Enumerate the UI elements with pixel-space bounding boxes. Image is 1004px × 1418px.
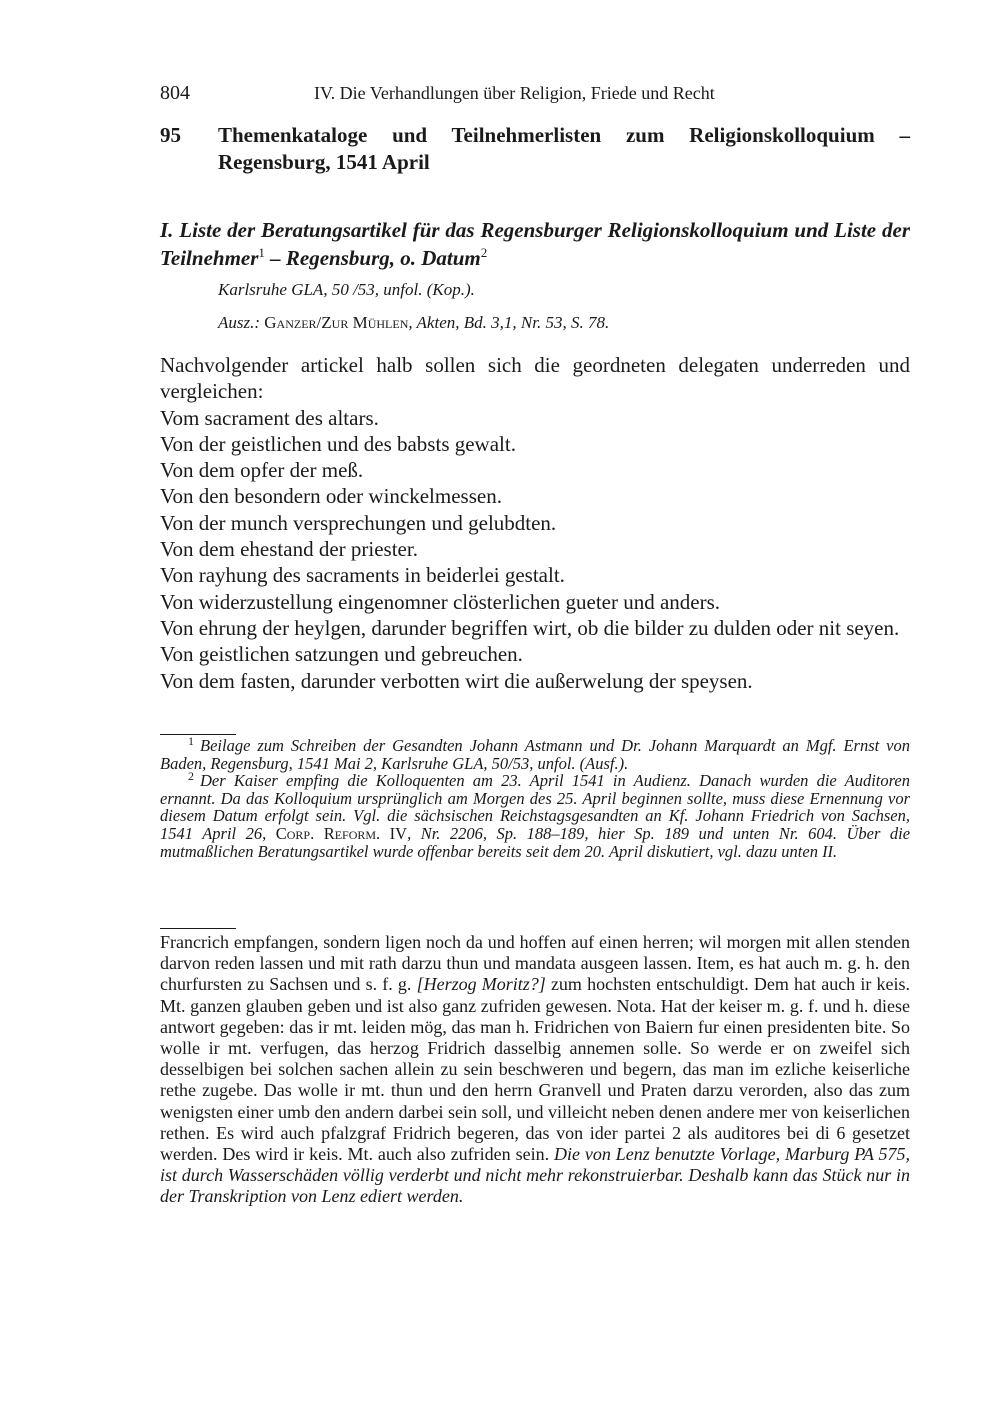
footnote-number: 1 bbox=[188, 734, 194, 748]
article-item: Von widerzustellung eingenomner clösterl… bbox=[160, 589, 910, 615]
main-text: Nachvolgender artickel halb sollen sich … bbox=[160, 352, 910, 694]
article-item: Von den besondern oder winckelmessen. bbox=[160, 483, 910, 509]
article-item: Vom sacrament des altars. bbox=[160, 405, 910, 431]
running-head: 804 IV. Die Verhandlungen über Religion,… bbox=[160, 80, 910, 106]
document-number: 95 bbox=[160, 122, 181, 149]
page-number: 804 bbox=[160, 80, 190, 106]
article-item: Von der munch versprechungen und gelubdt… bbox=[160, 510, 910, 536]
section-heading-place-date: – Regensburg, o. Datum bbox=[265, 246, 481, 270]
document-title: Themenkataloge und Teilnehmerlisten zum … bbox=[218, 122, 910, 176]
continuation-text: Francrich empfangen, sondern ligen noch … bbox=[160, 932, 910, 1208]
excerpt-prefix: Ausz.: bbox=[218, 313, 264, 332]
article-item: Von geistlichen satzungen und gebreuchen… bbox=[160, 641, 910, 667]
footnote-1: 1Beilage zum Schreiben der Gesandten Joh… bbox=[160, 737, 910, 772]
article-item: Von dem opfer der meß. bbox=[160, 457, 910, 483]
footnote-ref-2[interactable]: 2 bbox=[481, 245, 488, 260]
article-item: Von dem fasten, darunder verbotten wirt … bbox=[160, 668, 910, 694]
excerpt-authors: Ganzer/Zur Mühlen bbox=[264, 313, 408, 332]
article-item: Von ehrung der heylgen, darunder begriff… bbox=[160, 615, 910, 641]
footnote-text: Beilage zum Schreiben der Gesandten Joha… bbox=[160, 736, 910, 773]
article-item: Von rayhung des sacraments in beiderlei … bbox=[160, 562, 910, 588]
footnote-number: 2 bbox=[188, 769, 194, 783]
section-heading: I. Liste der Beratungsartikel für das Re… bbox=[160, 216, 910, 272]
footnote-2: 2Der Kaiser empfing die Kolloquenten am … bbox=[160, 772, 910, 860]
excerpt-reference: Ausz.: Ganzer/Zur Mühlen, Akten, Bd. 3,1… bbox=[218, 311, 609, 335]
article-item: Von der geistlichen und des babsts gewal… bbox=[160, 431, 910, 457]
editorial-insert: [Herzog Moritz?] bbox=[417, 974, 546, 994]
running-title: IV. Die Verhandlungen über Religion, Fri… bbox=[314, 80, 715, 106]
archival-source: Karlsruhe GLA, 50 /53, unfol. (Kop.). bbox=[218, 278, 475, 302]
continuation-text-part: zum hochsten entschuldigt. Dem hat auch … bbox=[160, 974, 910, 1164]
article-item: Von dem ehestand der priester. bbox=[160, 536, 910, 562]
intro-paragraph: Nachvolgender artickel halb sollen sich … bbox=[160, 352, 910, 405]
continuation-divider bbox=[160, 928, 236, 929]
footnote-citation-smallcaps: Corp. Reform. IV bbox=[276, 824, 407, 843]
excerpt-citation: , Akten, Bd. 3,1, Nr. 53, S. 78. bbox=[408, 313, 609, 332]
footnotes: 1Beilage zum Schreiben der Gesandten Joh… bbox=[160, 737, 910, 860]
footnote-divider bbox=[160, 734, 236, 735]
continuation-paragraph: Francrich empfangen, sondern ligen noch … bbox=[160, 932, 910, 1208]
